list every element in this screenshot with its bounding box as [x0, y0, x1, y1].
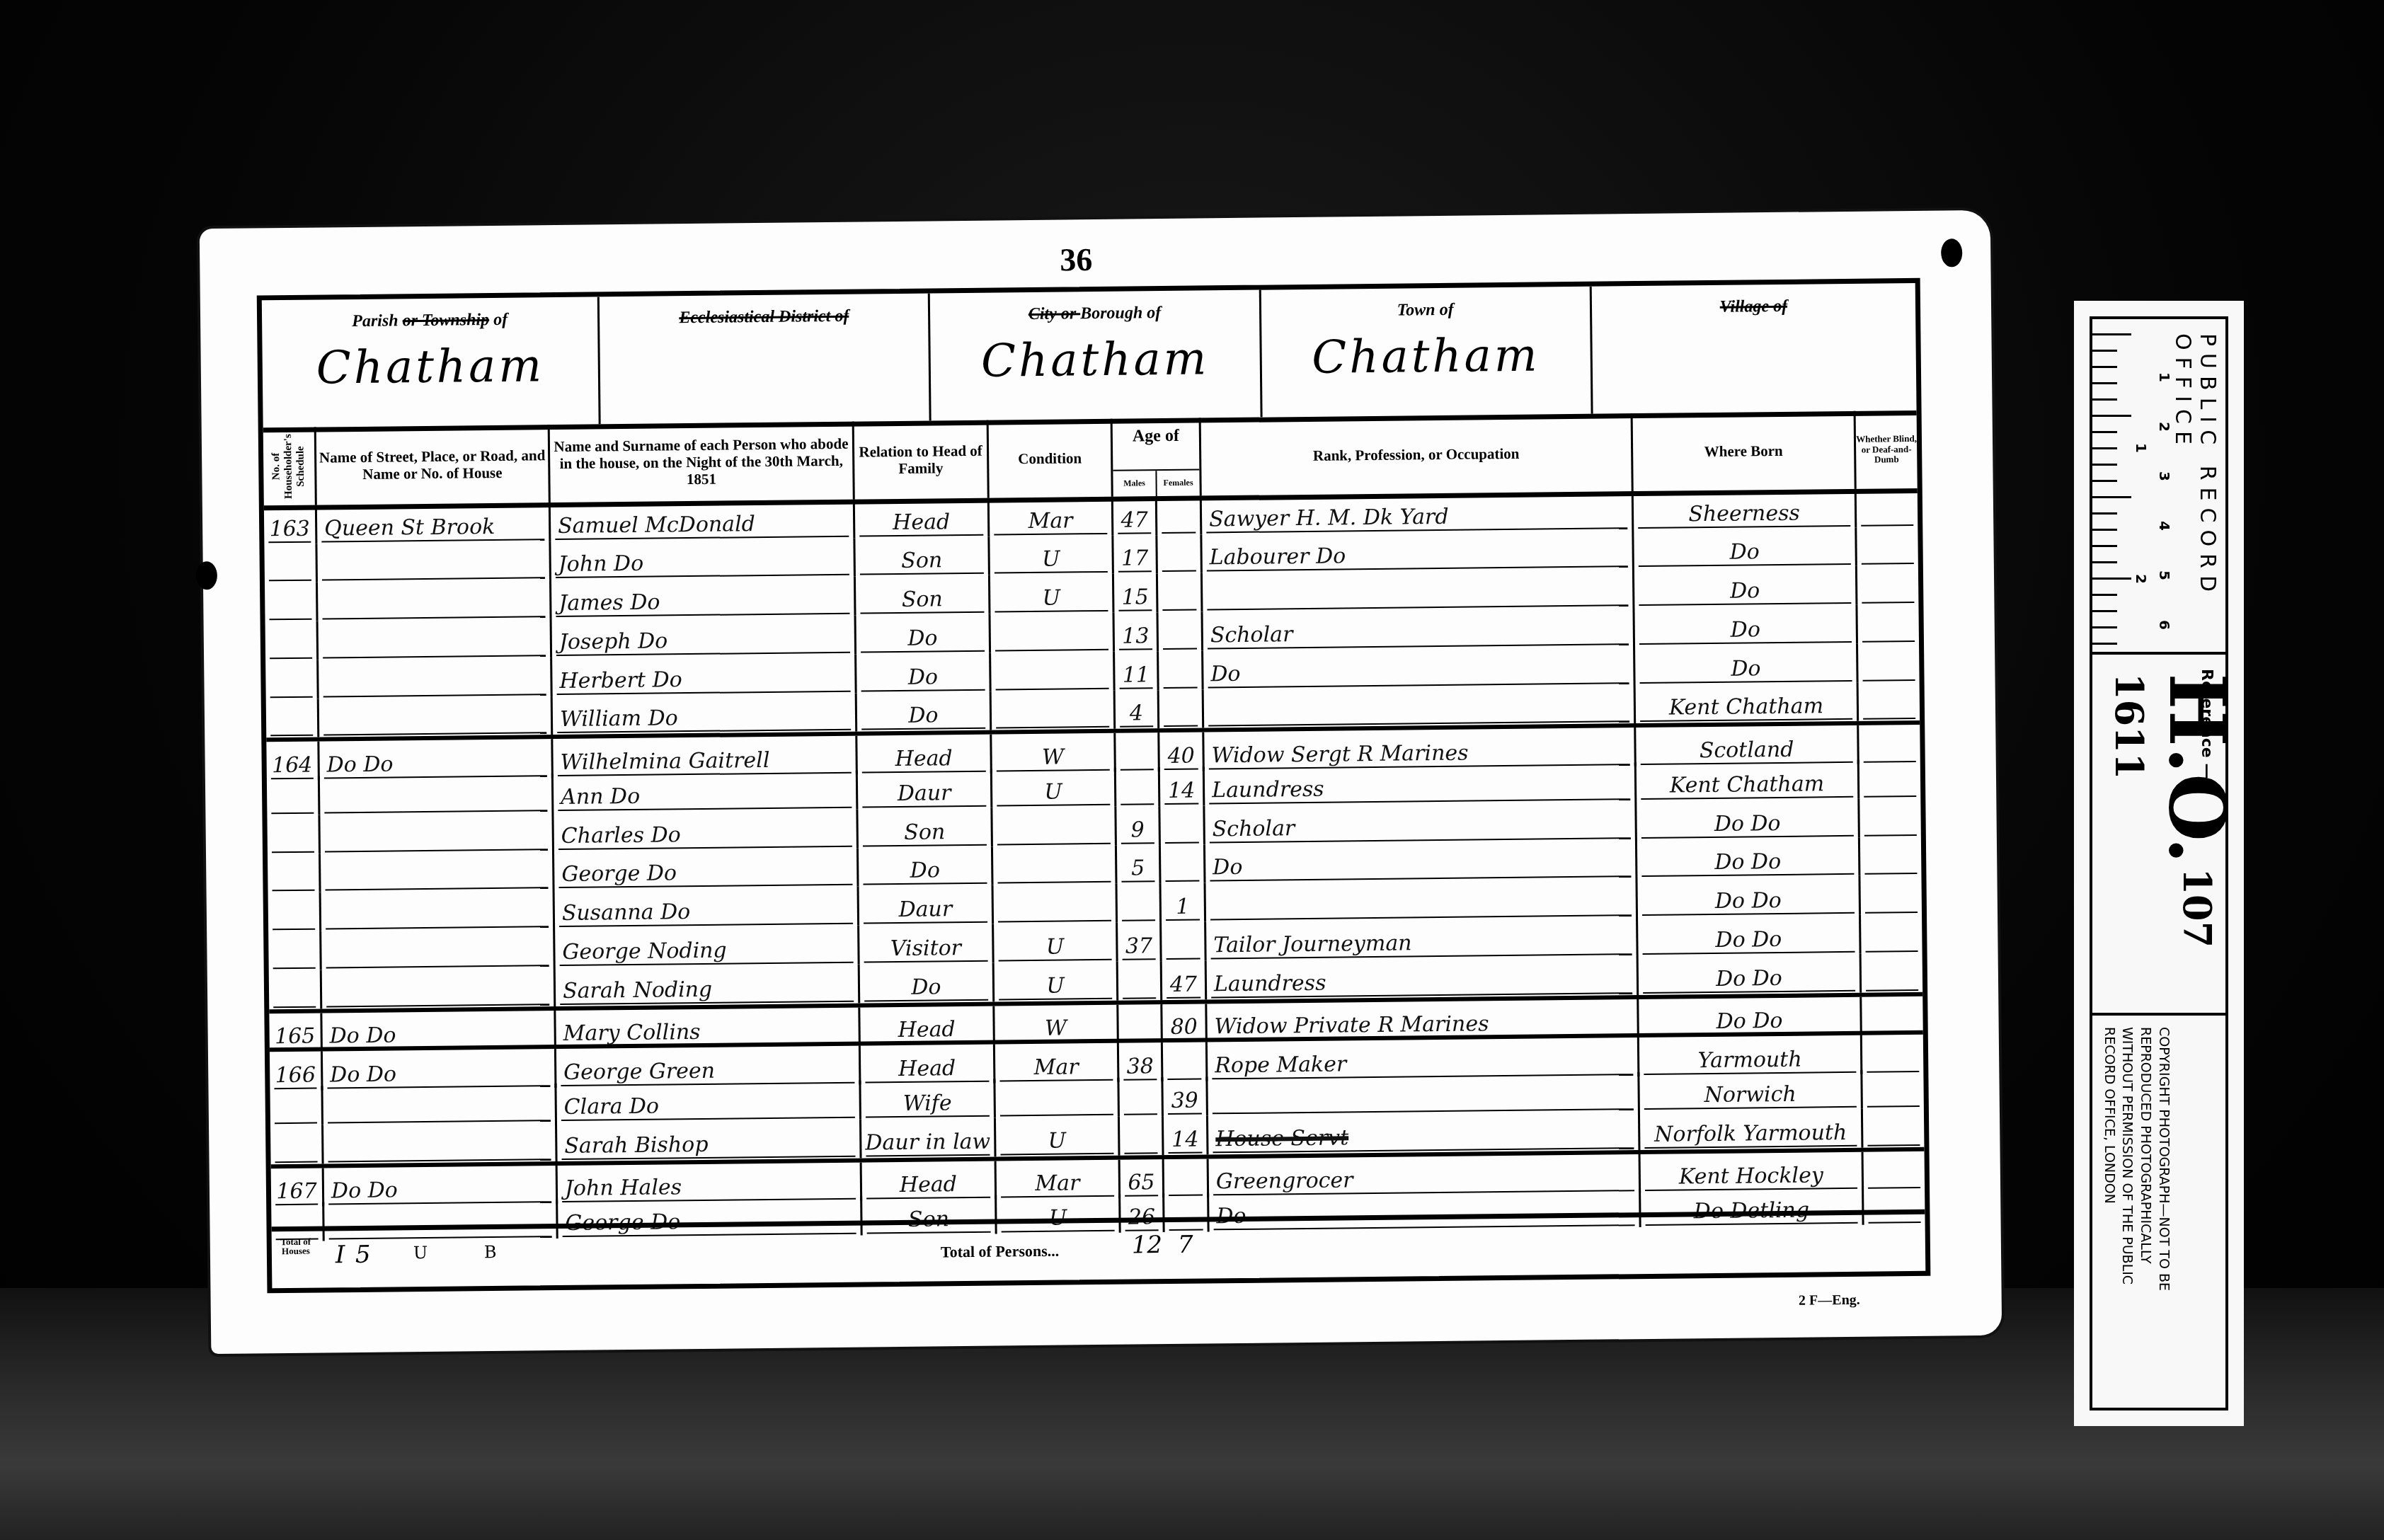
cell-female-age: 80	[1162, 1004, 1208, 1042]
cell-name: George Do	[554, 848, 859, 890]
col-blind: Whether Blind, or Deaf-and-Dumb	[1856, 410, 1918, 489]
cell-occupation: Laundress	[1207, 956, 1639, 999]
col-schedule: No. of Householder's Schedule	[263, 427, 317, 506]
ruler-tick	[2092, 545, 2117, 547]
cell-blind	[1859, 798, 1921, 838]
ruler-tick	[2092, 577, 2131, 580]
cell-street	[319, 696, 554, 737]
cell-relation: Head	[855, 498, 990, 539]
cell-relation: Daur	[859, 885, 995, 926]
cell-schedule: 167	[271, 1168, 325, 1207]
cell-blind	[1863, 1108, 1925, 1148]
cell-born: Do Do	[1637, 799, 1860, 840]
cell-schedule: 163	[264, 505, 318, 545]
houses-building-label: B	[484, 1242, 497, 1262]
cell-schedule	[264, 544, 318, 583]
cell-relation: Son	[856, 575, 991, 616]
cell-born: Do	[1635, 644, 1859, 685]
cell-name: Joseph Do	[552, 616, 857, 657]
cell-schedule	[265, 582, 319, 622]
cell-street	[323, 1122, 558, 1163]
cell-occupation: Scholar	[1205, 801, 1637, 844]
ruler-inch-label: 2	[2133, 574, 2150, 584]
cell-female-age: 14	[1164, 1115, 1209, 1154]
cell-blind	[1859, 725, 1920, 764]
cell-condition	[992, 690, 1116, 730]
cell-male-age: 47	[1113, 496, 1158, 535]
cell-born: Do	[1634, 566, 1858, 607]
cell-blind	[1857, 565, 1919, 605]
cell-condition	[991, 652, 1116, 692]
cell-male-age	[1120, 1116, 1164, 1155]
cell-blind	[1859, 682, 1920, 722]
col-where-born: Where Born	[1633, 411, 1857, 491]
cell-relation: Daur	[858, 769, 993, 810]
cell-condition: U	[996, 1117, 1121, 1157]
cell-condition	[994, 884, 1118, 924]
cell-male-age	[1119, 1077, 1164, 1116]
cell-blind	[1862, 1069, 1924, 1109]
cell-occupation	[1204, 685, 1637, 728]
ruler-tick	[2092, 610, 2117, 612]
cell-street	[323, 1084, 557, 1125]
cell-schedule: 166	[270, 1052, 323, 1091]
cell-blind	[1860, 837, 1922, 876]
cell-condition	[992, 807, 1117, 847]
cell-street	[322, 967, 556, 1009]
cell-condition: U	[990, 536, 1114, 576]
col-relation: Relation to Head of Family	[854, 420, 990, 500]
cell-name: John Do	[551, 538, 856, 580]
cell-name: Sarah Bishop	[557, 1119, 862, 1161]
place-field: Town of Chatham	[1261, 287, 1593, 418]
cell-condition: Mar	[990, 497, 1114, 537]
ruler: PUBLIC RECORD OFFICE 12345612	[2092, 319, 2225, 655]
cell-female-age	[1163, 1042, 1208, 1081]
cell-born: Do	[1634, 605, 1858, 646]
cell-female-age	[1158, 612, 1203, 651]
copyright-notice: COPYRIGHT PHOTOGRAPH—NOT TO BE REPRODUCE…	[2092, 1013, 2225, 1324]
place-value: Chatham	[931, 333, 1260, 389]
cell-blind	[1857, 527, 1918, 567]
cell-condition	[995, 1078, 1120, 1118]
ruler-cm-label: 5	[2156, 570, 2173, 580]
cell-street	[318, 580, 552, 621]
ruler-cm-label: 2	[2156, 422, 2173, 432]
col-age: Age of MalesFemales	[1113, 418, 1202, 496]
cell-condition: U	[990, 574, 1115, 614]
ruler-tick	[2092, 480, 2117, 482]
cell-occupation: Labourer Do	[1202, 530, 1634, 573]
place-field: City or Borough ofChatham	[930, 290, 1262, 421]
cell-name: Samuel McDonald	[551, 500, 856, 541]
cell-relation: Do	[857, 691, 992, 732]
cell-schedule	[265, 621, 319, 661]
cell-blind	[1864, 1151, 1925, 1190]
cell-schedule	[270, 1086, 323, 1126]
ruler-tick	[2092, 594, 2117, 596]
cell-male-age: 65	[1121, 1159, 1165, 1198]
cell-blind	[1857, 604, 1919, 644]
form-code: 2 F—Eng.	[1799, 1292, 1860, 1309]
col-street: Name of Street, Place, or Road, and Name…	[316, 425, 551, 505]
cell-male-age	[1118, 1004, 1163, 1043]
cell-schedule	[268, 892, 322, 932]
cell-street	[320, 812, 554, 854]
cell-male-age	[1116, 733, 1160, 772]
cell-female-age	[1160, 805, 1205, 844]
cell-occupation: Do	[1205, 840, 1638, 883]
cell-born: Sheerness	[1634, 489, 1857, 530]
ruler-title: PUBLIC RECORD OFFICE	[2170, 333, 2220, 652]
cell-born: Do Do	[1639, 954, 1862, 995]
cell-male-age: 9	[1116, 806, 1161, 845]
cell-born: Norwich	[1639, 1070, 1863, 1111]
ruler-tick	[2092, 464, 2117, 466]
cell-born: Do Do	[1637, 837, 1861, 878]
cell-street	[319, 619, 553, 660]
cell-relation: Son	[855, 536, 990, 577]
cell-name: Herbert Do	[552, 655, 857, 696]
ruler-tick	[2092, 447, 2117, 449]
place-value: Chatham	[1261, 329, 1591, 385]
cell-occupation: Do	[1203, 646, 1636, 689]
cell-condition: U	[994, 923, 1118, 963]
cell-name: Charles Do	[554, 809, 859, 851]
ruler-tick	[2092, 529, 2117, 531]
reference-box: H.O. 107 1611 Reference —	[2092, 652, 2225, 1016]
cell-street: Queen St Brook	[317, 502, 551, 544]
cell-male-age: 17	[1113, 535, 1158, 574]
cell-condition: U	[995, 962, 1119, 1002]
cell-schedule	[267, 815, 321, 854]
cell-street	[321, 890, 556, 931]
ruler-cm-label: 1	[2156, 372, 2173, 382]
col-condition: Condition	[989, 419, 1113, 498]
cell-condition	[993, 845, 1118, 885]
cell-relation: Son	[858, 808, 993, 848]
cell-relation: Do	[856, 614, 992, 655]
place-value	[1592, 326, 1915, 329]
ruler-tick	[2092, 398, 2117, 401]
cell-blind	[1859, 759, 1921, 799]
cell-female-age	[1157, 534, 1203, 573]
cell-male-age: 13	[1114, 612, 1159, 651]
cell-male-age: 38	[1119, 1042, 1164, 1081]
ruler-tick	[2092, 512, 2117, 515]
cell-occupation: Laundress	[1205, 762, 1637, 805]
cell-male-age: 37	[1118, 922, 1162, 961]
ruler-tick	[2092, 333, 2131, 335]
cell-occupation: House Servt	[1208, 1111, 1641, 1154]
ruler-tick	[2092, 561, 2117, 563]
houses-prefix: I	[336, 1241, 345, 1269]
cell-female-age	[1157, 495, 1203, 534]
cell-female-age: 40	[1159, 732, 1205, 771]
cell-relation: Do	[856, 653, 992, 694]
reference-strip: PUBLIC RECORD OFFICE 12345612 H.O. 107 1…	[2074, 301, 2244, 1426]
houses-uninhabited-label: U	[413, 1243, 428, 1263]
cell-male-age: 15	[1114, 574, 1159, 613]
ruler-tick	[2092, 431, 2117, 433]
cell-male-age: 5	[1117, 845, 1162, 884]
census-form: Parish or Township ofChathamEcclesiastic…	[257, 278, 1931, 1294]
ruler-cm-label: 3	[2156, 471, 2173, 481]
ruler-tick	[2092, 366, 2117, 368]
cell-male-age: 11	[1115, 651, 1159, 690]
cell-female-age: 39	[1163, 1076, 1208, 1115]
total-persons-label: Total of Persons...	[941, 1243, 1059, 1260]
total-houses-label: Total of Houses	[275, 1237, 317, 1256]
place-field: Village of	[1591, 283, 1916, 414]
ruler-tick	[2092, 643, 2117, 645]
place-value	[600, 336, 929, 340]
cell-condition: U	[992, 768, 1117, 808]
cell-name: William Do	[553, 693, 858, 735]
cell-schedule: 164	[266, 742, 320, 781]
cell-relation: Do	[859, 846, 994, 887]
cell-relation: Daur in law	[861, 1117, 997, 1158]
binding-hole	[196, 561, 217, 590]
houses-inhabited: 5	[355, 1241, 371, 1269]
cell-blind	[1857, 488, 1918, 528]
cell-blind	[1862, 1035, 1924, 1074]
cell-name: Susanna Do	[555, 887, 860, 929]
cell-street	[320, 774, 554, 815]
cell-occupation	[1208, 1072, 1640, 1115]
census-rows: 163Queen St BrookSamuel McDonaldHeadMar4…	[264, 488, 1925, 1241]
cell-schedule: 165	[269, 1013, 323, 1052]
binding-hole	[1941, 239, 1962, 267]
cell-blind	[1861, 914, 1922, 954]
cell-name: George Noding	[555, 926, 860, 967]
cell-female-age: 47	[1162, 960, 1208, 999]
ruler-tick	[2092, 350, 2117, 352]
reference-label: Reference —	[2198, 669, 2216, 778]
cell-condition	[991, 613, 1116, 653]
cell-occupation: Sawyer H. M. Dk Yard	[1202, 491, 1634, 534]
ruler-tick	[2092, 626, 2117, 628]
cell-schedule	[269, 970, 323, 1009]
place-value: Chatham	[262, 339, 598, 395]
place-header: Parish or Township ofChathamEcclesiastic…	[262, 283, 1917, 432]
cell-occupation: Tailor Journeyman	[1206, 917, 1639, 960]
cell-born: Do	[1634, 528, 1857, 569]
cell-born: Kent Chatham	[1637, 760, 1860, 801]
reference-code: H.O. 107 1611	[2107, 673, 2243, 1013]
cell-schedule	[268, 854, 321, 893]
total-males: 12	[1132, 1231, 1163, 1259]
cell-female-age	[1159, 689, 1205, 728]
cell-blind	[1858, 643, 1920, 683]
census-page: 36 Parish or Township ofChathamEcclesias…	[200, 210, 2002, 1354]
cell-name: Sarah Noding	[556, 964, 861, 1006]
col-name: Name and Surname of each Person who abod…	[550, 422, 855, 502]
cell-street	[317, 541, 551, 582]
cell-schedule	[268, 931, 322, 971]
cell-male-age	[1116, 767, 1161, 806]
cell-schedule	[267, 776, 321, 816]
place-field: Parish or Township ofChatham	[262, 297, 601, 427]
cell-relation: Visitor	[859, 924, 995, 965]
cell-schedule	[270, 1125, 324, 1164]
cell-blind	[1862, 996, 1923, 1035]
cell-female-age: 14	[1160, 767, 1205, 806]
ruler-tick	[2092, 382, 2117, 384]
ruler-tick	[2092, 415, 2131, 417]
cell-street	[319, 657, 553, 699]
cell-female-age	[1162, 922, 1207, 961]
ruler-inch-label: 1	[2133, 443, 2150, 453]
total-females: 7	[1178, 1231, 1193, 1259]
cell-street	[321, 929, 556, 970]
cell-occupation: Scholar	[1203, 607, 1635, 650]
cell-female-age	[1158, 573, 1203, 612]
ruler-cm-label: 6	[2156, 620, 2173, 630]
cell-female-age	[1161, 844, 1206, 883]
place-field: Ecclesiastical District of	[600, 293, 932, 424]
ruler-cm-label: 4	[2156, 521, 2173, 531]
cell-schedule	[265, 660, 319, 699]
cell-name: James Do	[551, 577, 856, 619]
cell-born: Kent Chatham	[1636, 682, 1859, 723]
cell-female-age	[1164, 1159, 1210, 1197]
cell-born: Norfolk Yarmouth	[1640, 1109, 1864, 1150]
cell-male-age: 4	[1116, 690, 1160, 729]
cell-occupation	[1203, 569, 1635, 612]
cell-street	[321, 851, 555, 892]
cell-name: Ann Do	[554, 771, 859, 812]
cell-schedule	[266, 699, 320, 738]
page-number: 36	[1060, 241, 1093, 278]
cell-born: Do Do	[1638, 915, 1862, 956]
col-occupation: Rank, Profession, or Occupation	[1201, 413, 1634, 495]
cell-born: Do Do	[1637, 876, 1861, 917]
cell-male-age	[1118, 961, 1163, 1000]
cell-female-age: 1	[1162, 883, 1207, 922]
cell-relation: Wife	[861, 1079, 996, 1120]
cell-occupation	[1206, 878, 1639, 921]
cell-name: Clara Do	[556, 1081, 861, 1122]
ruler-tick	[2092, 496, 2131, 498]
cell-female-age	[1159, 650, 1204, 689]
cell-blind	[1860, 875, 1922, 915]
cell-relation: Do	[860, 962, 995, 1003]
cell-blind	[1862, 953, 1923, 993]
cell-male-age	[1118, 883, 1162, 922]
